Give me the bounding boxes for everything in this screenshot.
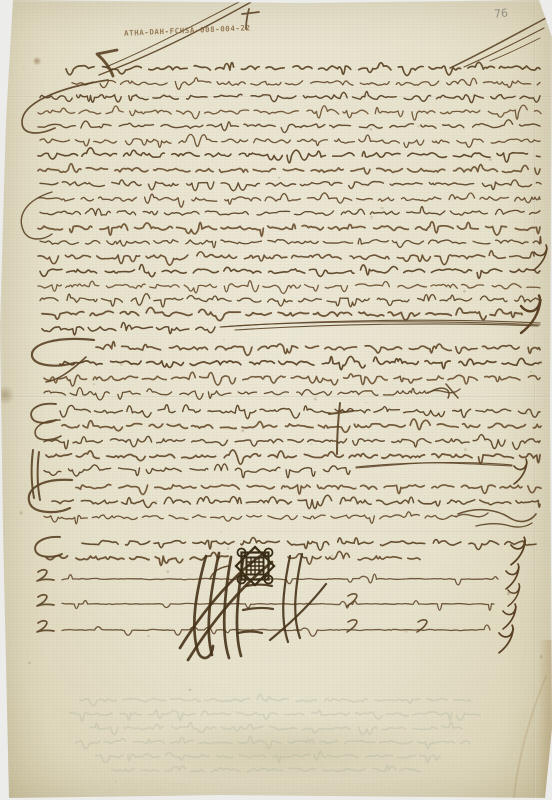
manuscript-page: ATHA-DAH-FCHSA-008-004-22 76 <box>0 0 552 800</box>
handwriting-ink-layer <box>0 0 552 800</box>
folio-number: 76 <box>493 6 508 20</box>
document-scan: ATHA-DAH-FCHSA-008-004-22 76 <box>0 0 552 800</box>
